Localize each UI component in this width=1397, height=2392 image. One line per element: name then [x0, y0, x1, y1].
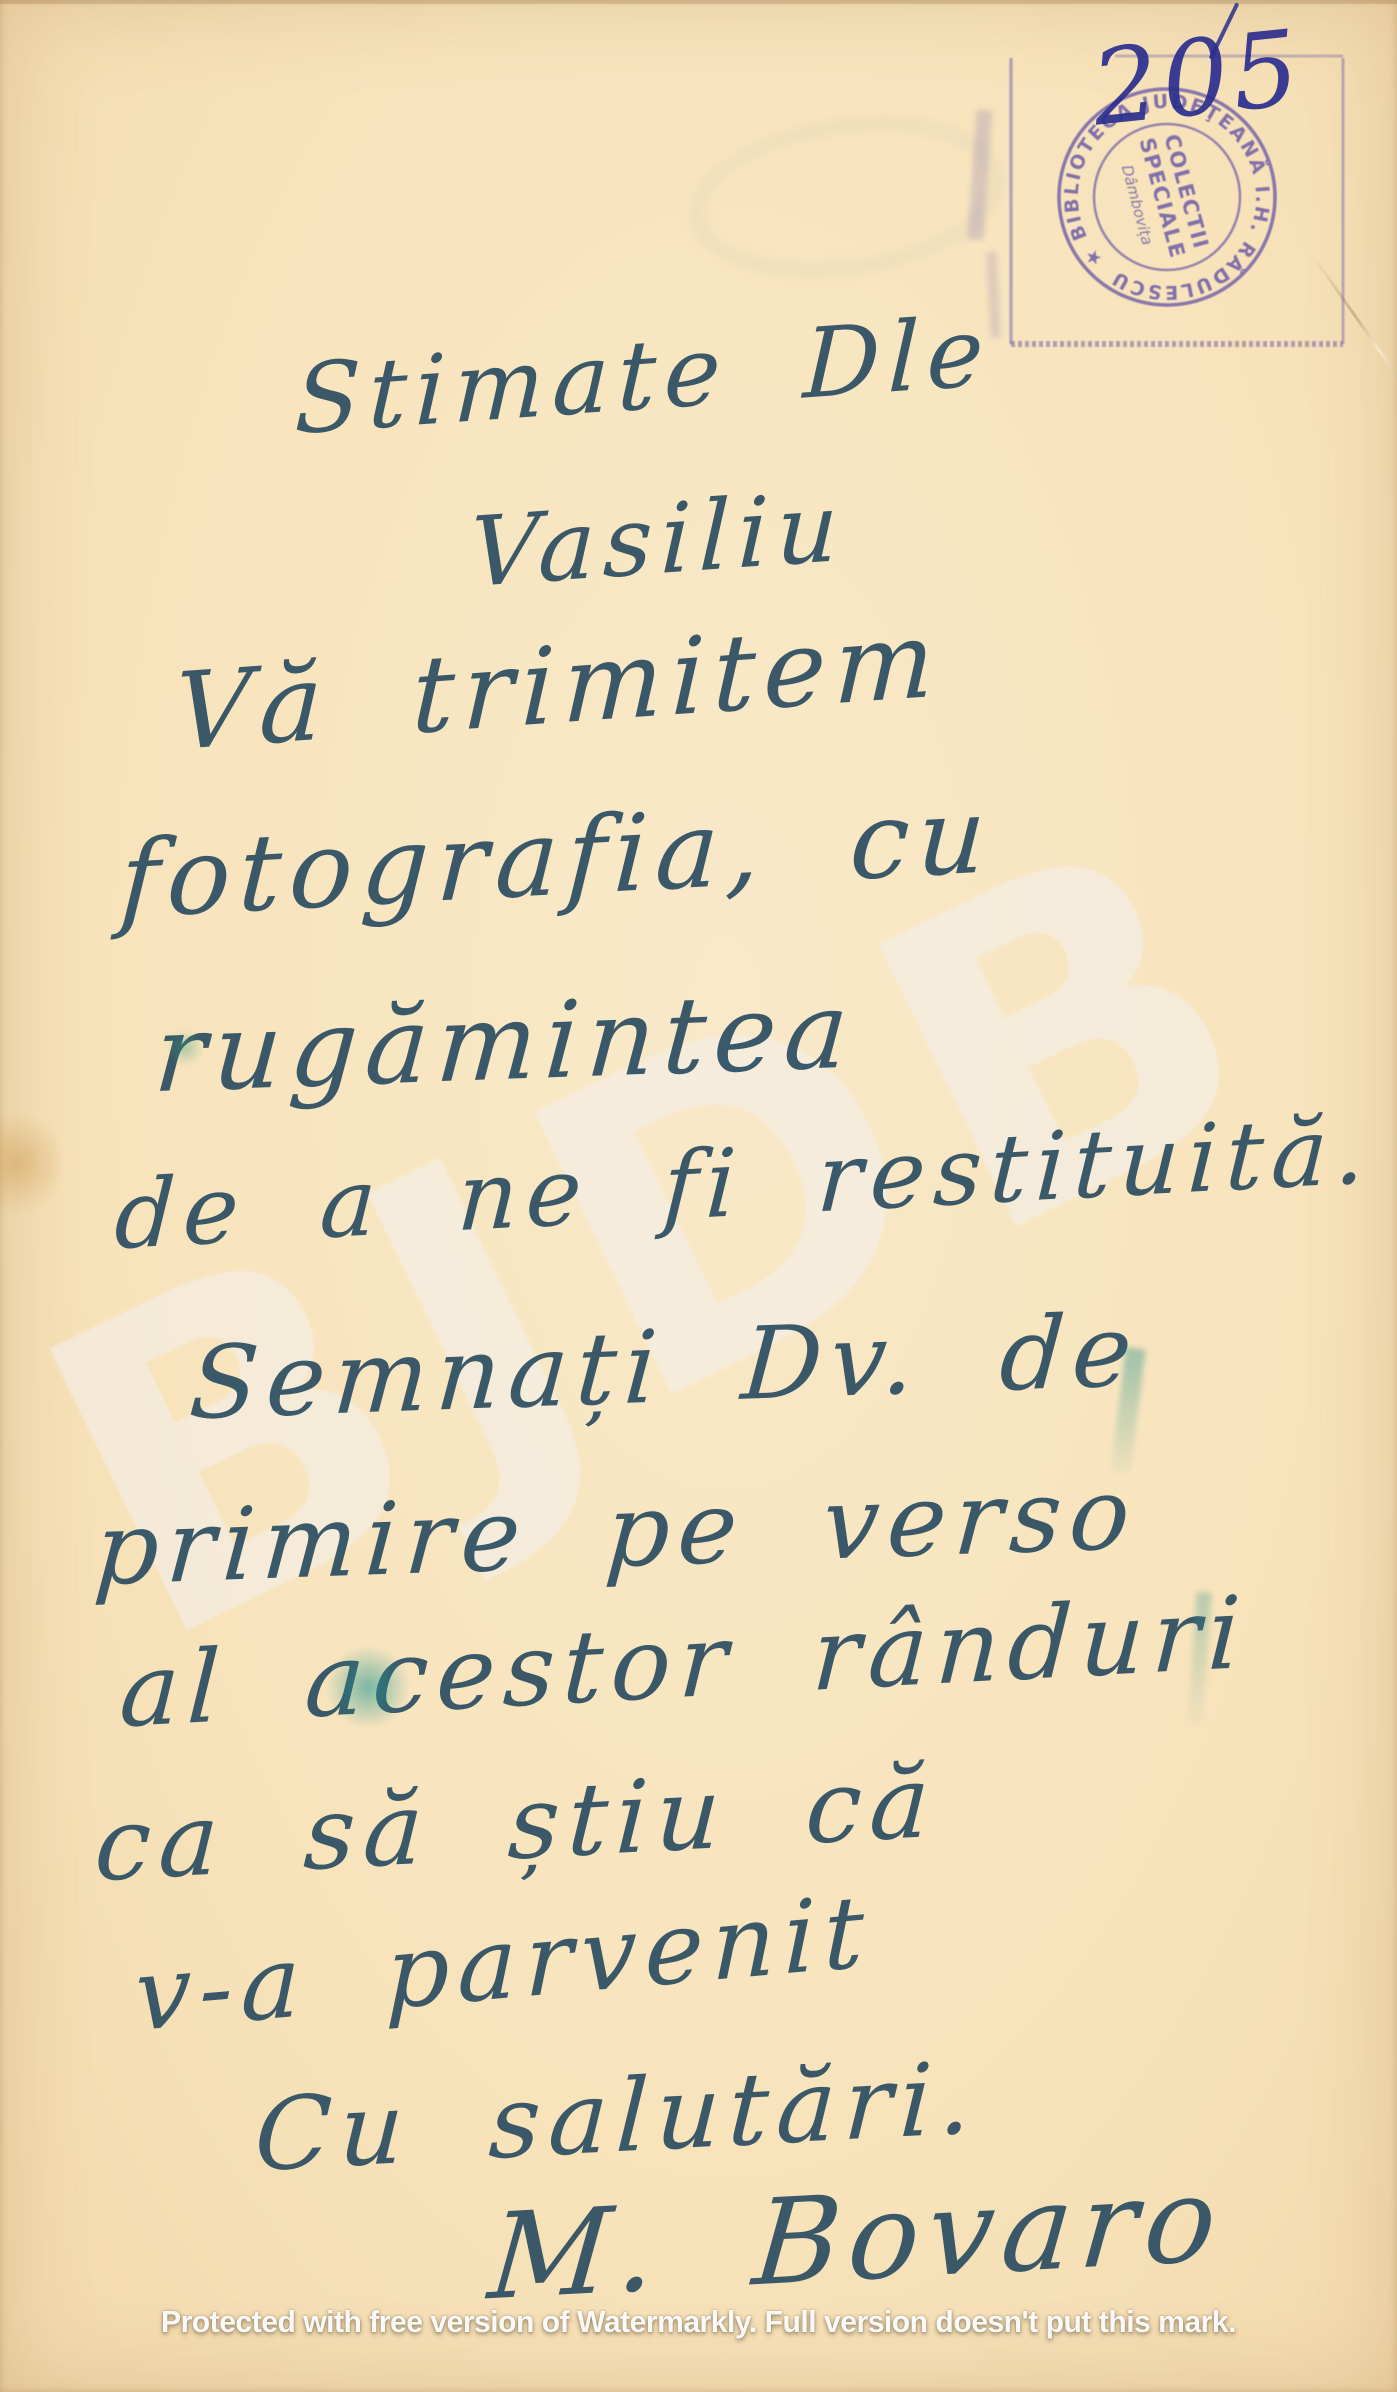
ghost-stamp-impression [681, 99, 1013, 295]
ink-smudge-teal [322, 1648, 414, 1726]
handwriting-line: Semnați Dv. de [186, 1301, 1142, 1434]
handwriting-line: primire pe verso [91, 1463, 1141, 1600]
handwriting-line: al acestor rânduri [117, 1583, 1250, 1743]
signature: M. Bovaro [485, 2159, 1229, 2316]
handwriting-line: v-a parvenit [134, 1881, 872, 2046]
watermark-notice: Protected with free version of Watermark… [21, 2304, 1376, 2340]
stamp-center-text: COLECTII SPECIALE Dâmbovița [1112, 129, 1214, 267]
handwriting-line: ca să știu că [92, 1752, 940, 1897]
paper-stain [0, 1108, 62, 1218]
archive-number: 205 [1087, 15, 1307, 140]
handwriting-line-addressee: Vasiliu [468, 478, 847, 601]
scanned-letter-page: BJDB ★ BIBLIOTECA JUDEŢEANĂ I.H. RĂDULES… [0, 0, 1397, 2392]
handwriting-line: Vă trimitem [173, 606, 944, 766]
handwriting-line: rugămintea [151, 977, 859, 1108]
handwriting-line: de a ne fi restituită. [113, 1104, 1376, 1264]
handwriting-line-closing: Cu salutări. [252, 2048, 982, 2186]
handwriting-line-salutation: Stimate Dle [293, 303, 993, 448]
scan-edge-shadow [0, 0, 1397, 4]
handwriting-line: fotografia, cu [117, 782, 996, 934]
ink-smudge-teal [168, 1028, 202, 1068]
